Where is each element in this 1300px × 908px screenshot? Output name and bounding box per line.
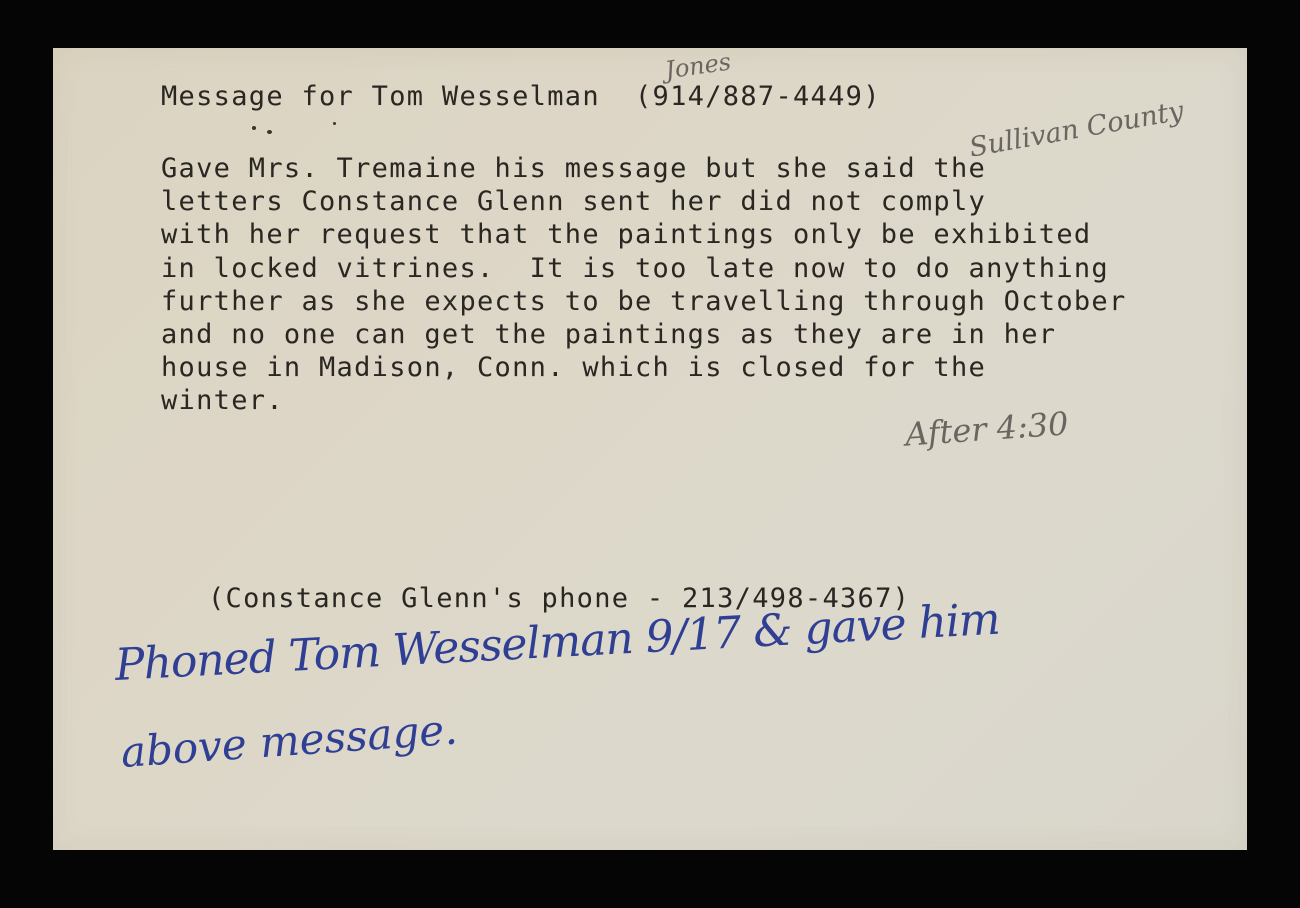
pencil-note-jones: Jones	[663, 48, 732, 84]
body-line: house in Madison, Conn. which is closed …	[161, 351, 1127, 384]
memo-paper: Message for Tom Wesselman (914/887-4449)…	[53, 48, 1247, 850]
body-line: with her request that the paintings only…	[161, 218, 1127, 251]
message-body: Gave Mrs. Tremaine his message but she s…	[161, 152, 1127, 418]
ink-speck	[333, 122, 336, 125]
handwritten-ink-line-2: above message.	[119, 705, 459, 777]
ink-speck	[267, 130, 272, 134]
body-line: in locked vitrines. It is too late now t…	[161, 252, 1127, 285]
message-header: Message for Tom Wesselman (914/887-4449)	[161, 80, 881, 113]
body-line: and no one can get the paintings as they…	[161, 318, 1127, 351]
body-line: further as she expects to be travelling …	[161, 285, 1127, 318]
body-line: letters Constance Glenn sent her did not…	[161, 185, 1127, 218]
ink-speck	[252, 126, 256, 130]
